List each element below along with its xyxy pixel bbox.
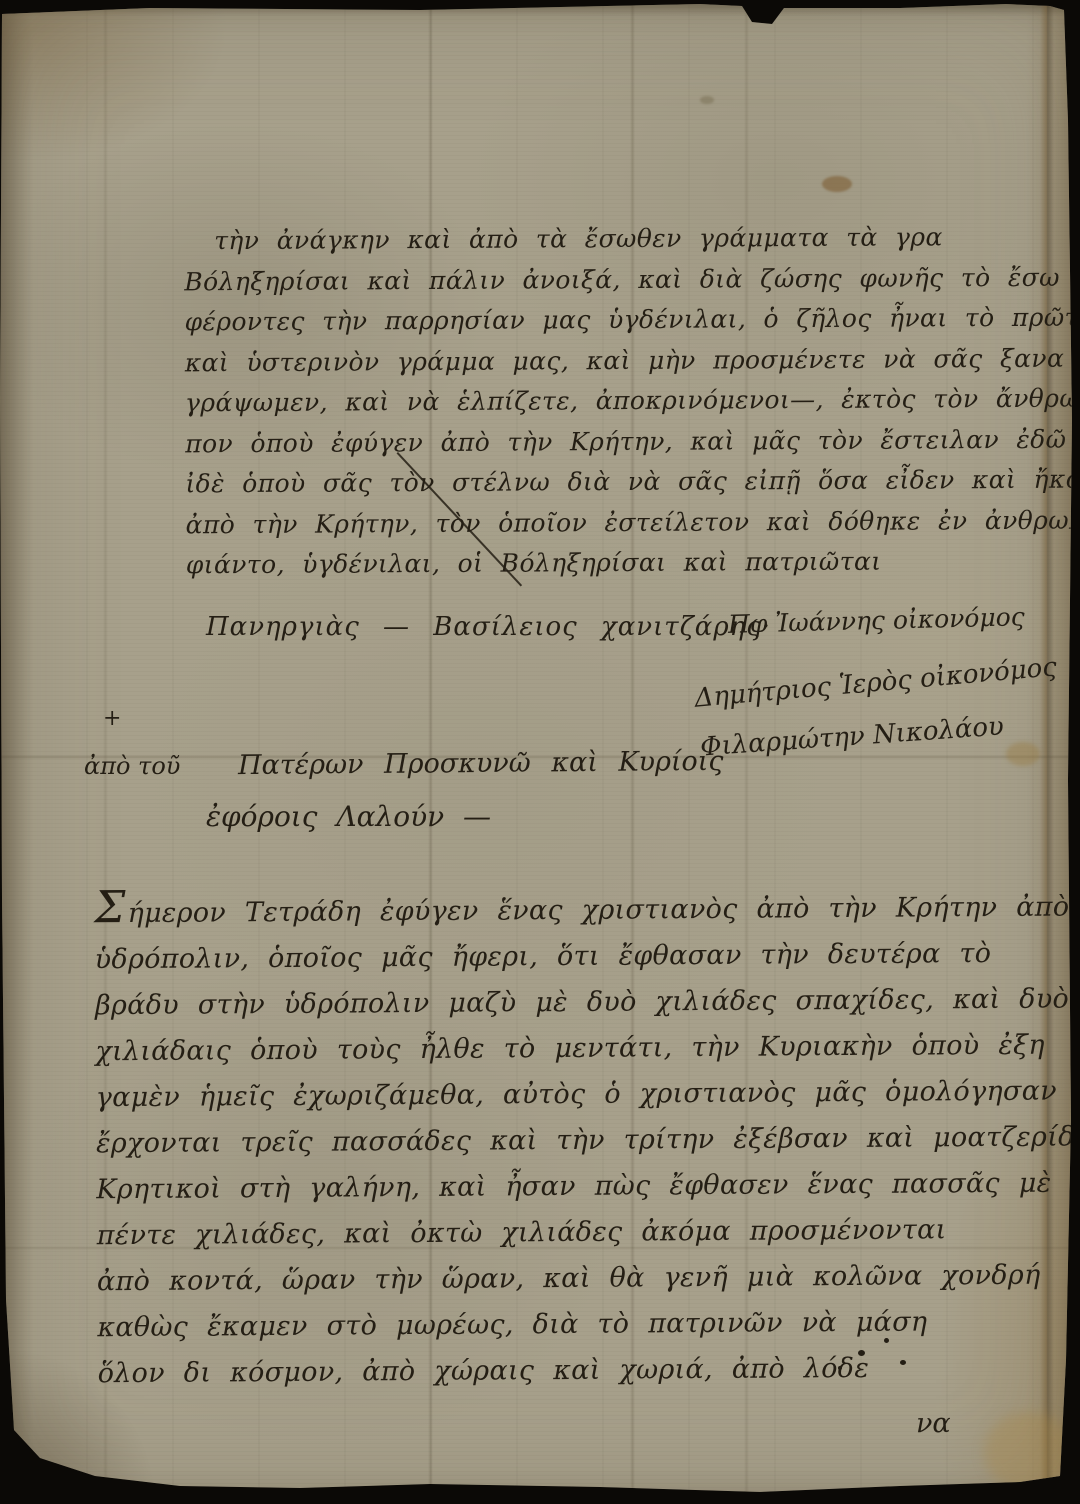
handwritten-line: ὅλον δι κόσμον, ἀπὸ χώραις καὶ χωριά, ἀπ…	[97, 1345, 1032, 1398]
paper-stain	[700, 96, 714, 104]
handwritten-line: βράδυ στὴν ὑδρόπολιν μαζὺ μὲ δυὸ χιλιάδε…	[95, 977, 1030, 1030]
handwritten-line: Βόληξηρίσαι καὶ πάλιν ἀνοιξά, καὶ διὰ ζώ…	[184, 257, 1069, 302]
handwritten-line: Σήμερον Τετράδη ἐφύγεν ἕνας χριστιανὸς ἀ…	[94, 879, 1029, 938]
handwritten-line: φέροντες τὴν παρρησίαν μας ὑγδένιλαι, ὁ …	[184, 298, 1069, 343]
handwritten-line: πέντε χιλιάδες, καὶ ὀκτὼ χιλιάδες ἀκόμα …	[97, 1207, 1032, 1260]
handwritten-line: γαμὲν ἡμεῖς ἐχωριζάμεθα, αὐτὸς ὁ χριστια…	[96, 1069, 1031, 1122]
handwritten-line: Κρητικοὶ στὴ γαλήνη, καὶ ἦσαν πὼς ἔφθασε…	[96, 1161, 1031, 1214]
scanned-letter-page: { "colors": { "paper": "#a7a08b", "ink":…	[0, 0, 1080, 1504]
salutation-line-1: Πατέρων Προσκυνῶ καὶ Κυρίοις	[238, 746, 724, 781]
handwritten-line: ἀπὸ τὴν Κρήτην, τὸν ὁποῖον ἐστείλετον κα…	[186, 500, 1071, 545]
salutation-prefix: ἀπὸ τοῦ	[84, 752, 180, 780]
paragraph-one: τὴν ἀνάγκην καὶ ἀπὸ τὰ ἔσωθεν γράμματα τ…	[184, 217, 1071, 586]
paper-stain	[1006, 742, 1040, 766]
paragraph-two: Σήμερον Τετράδη ἐφύγεν ἕνας χριστιανὸς ἀ…	[94, 879, 1033, 1398]
handwritten-line: ἀπὸ κοντά, ὥραν τὴν ὥραν, καὶ θὰ γενῆ μι…	[97, 1253, 1032, 1306]
salutation-line-2: ἐφόροις Λαλούν —	[206, 800, 491, 833]
paper-sheet: τὴν ἀνάγκην καὶ ἀπὸ τὰ ἔσωθεν γράμματα τ…	[0, 0, 1080, 1504]
ink-stain	[822, 176, 852, 192]
signature-right-1: Πφ Ἰωάννης οἰκονόμος	[728, 602, 1025, 639]
handwritten-line: ἔρχονται τρεῖς πασσάδες καὶ τὴν τρίτην ἐ…	[96, 1115, 1031, 1168]
corner-stain	[984, 1412, 1074, 1492]
handwritten-line: τὴν ἀνάγκην καὶ ἀπὸ τὰ ἔσωθεν γράμματα τ…	[184, 217, 1069, 262]
handwritten-line: πον ὁποὺ ἐφύγεν ἀπὸ τὴν Κρήτην, καὶ μᾶς …	[185, 419, 1070, 464]
handwritten-line: ὑδρόπολιν, ὁποῖος μᾶς ἤφερι, ὅτι ἔφθασαν…	[95, 931, 1030, 984]
handwritten-line: ἰδὲ ὁποὺ σᾶς τὸν στέλνω διὰ νὰ σᾶς εἰπῇ …	[185, 460, 1070, 505]
handwritten-line: καθὼς ἔκαμεν στὸ μωρέως, διὰ τὸ πατρινῶν…	[97, 1299, 1032, 1352]
handwritten-line: φιάντο, ὑγδένιλαι, οἱ Βόληξηρίσαι καὶ πα…	[186, 541, 1071, 586]
handwritten-line: χιλιάδαις ὁποὺ τοὺς ἦλθε τὸ μεντάτι, τὴν…	[95, 1023, 1030, 1076]
handwritten-line: γράψωμεν, καὶ νὰ ἑλπίζετε, ἀποκρινόμενοι…	[185, 379, 1070, 424]
cross-mark: +	[103, 706, 121, 731]
signature-left: Πανηργιὰς — Βασίλειος χανιτζάρης·	[206, 612, 771, 642]
catchword: να	[916, 1408, 951, 1439]
handwritten-line: καὶ ὑστερινὸν γράμμα μας, καὶ μὴν προσμέ…	[185, 338, 1070, 383]
